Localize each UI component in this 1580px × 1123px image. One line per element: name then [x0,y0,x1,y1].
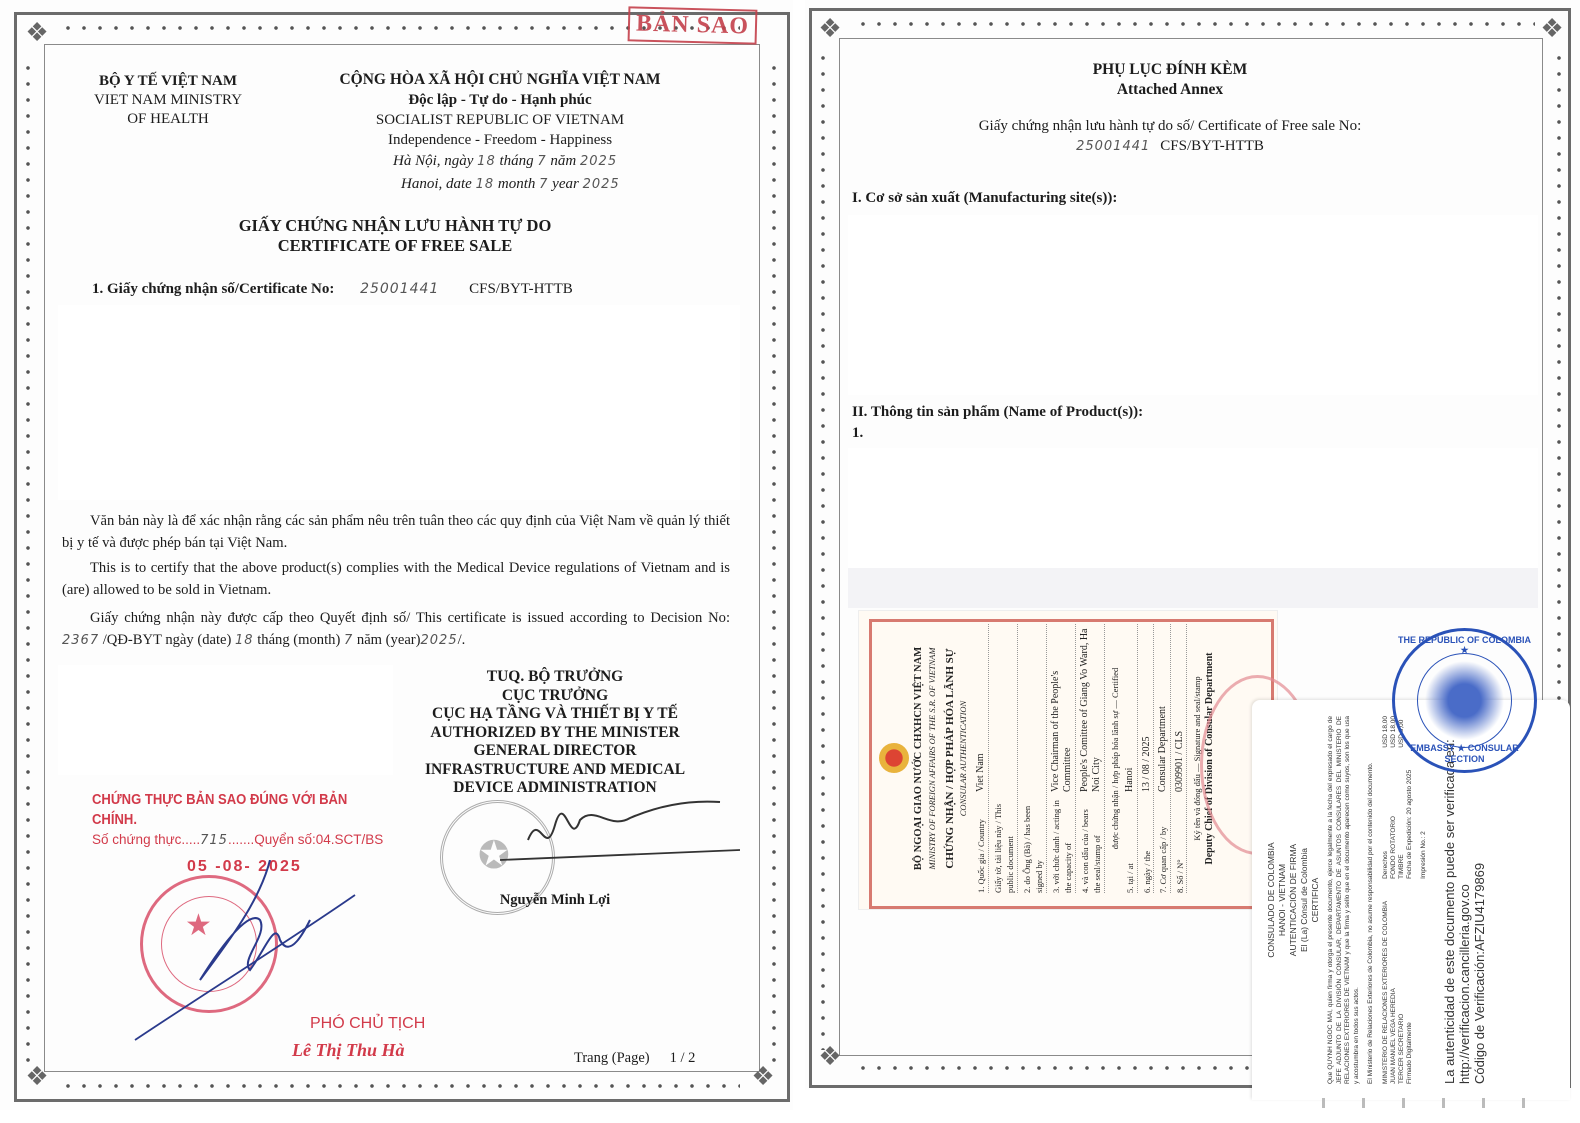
consular-row: 2. do Ông (Bà) / has been signed by [1021,624,1047,893]
corner-ornament-icon: ❖ [20,1060,54,1094]
date-year-label: năm [550,153,576,169]
annex-cert-suffix: CFS/BYT-HTTB [1160,138,1264,154]
director-signature [500,800,740,870]
border-dots-left [821,50,825,1050]
fee-labels: Derechos FONDO ROTATORIO TIMBRE Fecha de… [1382,770,1428,879]
title-vn: GIẤY CHỨNG NHẬN LƯU HÀNH TỰ DO [60,216,730,236]
fee-label: Derechos [1382,770,1390,879]
annex-cert-number: 25001441 [1076,139,1150,154]
annex-title-en: Attached Annex [845,80,1495,100]
ministry-name-en-1: VIET NAM MINISTRY [78,91,258,110]
colombia-embassy-seal: THE REPUBLIC OF COLOMBIA ★ EMBASSY ★ CON… [1392,628,1537,773]
date-value: 13 / 08 / 2025 [1141,624,1154,792]
header-line: HANOI - VIETNAM [1277,716,1288,1084]
date-day: 18 [476,177,495,192]
border-dots-bottom [855,1066,1275,1070]
consular-ministry-vn: BỘ NGOẠI GIAO NƯỚC CHXHCN VIỆT NAM [913,624,926,893]
border-dots-left [26,60,30,1070]
corner-ornament-icon: ❖ [813,12,847,46]
redacted-region [58,665,393,775]
copy-certification-title: CHỨNG THỰC BẢN SAO ĐÚNG VỚI BẢN CHÍNH. [92,790,362,830]
signer-line: JUAN MANUEL VEGA HEREDIA [1390,901,1398,1084]
date-prefix: Hanoi, date [401,176,472,192]
corner-ornament-icon: ❖ [813,1040,847,1074]
issue-date-vn: Hà Nội, ngày 18 tháng 7 năm 2025 [393,150,700,173]
cert-no: 715 [200,833,228,848]
row-value: People's Comittee of Giang Vo Ward, Ha N… [1079,624,1104,792]
consular-title-en: CONSULAR AUTHENTICATION [957,624,970,893]
impresion-no: Impresión No.: 2 [1420,770,1428,879]
colombia-details: MINISTERIO DE RELACIONES EXTERIORES DE C… [1382,716,1428,1084]
by-value: Consular Department [1157,624,1170,792]
consular-row: 4. và con dấu của / bears the seal/stamp… [1079,624,1105,893]
decision-mid: /QĐ-BYT ngày (date) [103,632,232,648]
consular-row: 7. Cơ quan cấp / byConsular Department [1157,624,1171,893]
header-line: CONSULADO DE COLOMBIA [1266,716,1277,1084]
consular-row: 6. ngày / the13 / 08 / 2025 [1141,624,1155,893]
ministry-name-en-2: OF HEALTH [78,110,258,129]
annex-certificate-ref: Giấy chứng nhận lưu hành tự do số/ Certi… [845,116,1495,157]
consular-row: Giấy tờ, tài liệu này / This public docu… [992,624,1018,893]
ministry-header: BỘ Y TẾ VIỆT NAM VIET NAM MINISTRY OF HE… [78,72,258,129]
product-info-heading: II. Thông tin sản phẩm (Name of Product(… [852,402,1143,444]
consular-row: 8. Số / N°0309901 / CLS [1174,624,1188,893]
consular-row: 5. tại / atHanoi [1124,624,1138,893]
republic-name-en: SOCIALIST REPUBLIC OF VIETNAM [300,110,700,130]
colombia-emblem-icon [1417,653,1512,748]
republic-name-vn: CỘNG HÒA XÃ HỘI CHỦ NGHĨA VIỆT NAM [300,70,700,90]
seal-text-bottom: EMBASSY ★ CONSULAR SECTION [1395,743,1534,764]
certificate-suffix: CFS/BYT-HTTB [469,281,573,297]
decision-year: 2025 [421,633,458,648]
date-month-label: month [498,176,536,192]
vietnam-emblem-icon [879,744,909,774]
copy-stamp-ban-sao: BẢN SAO [628,6,758,44]
border-dots-right [772,60,776,1070]
row-key: 1. Quốc gia / Country [975,798,988,893]
decision-month: 7 [344,633,353,648]
official-name: Lê Thị Thu Hà [292,1040,405,1061]
book-label: Quyển số: [254,832,316,847]
border-dots-top [855,22,1535,26]
decision-number: 2367 [62,633,99,648]
ministry-name-vn: BỘ Y TẾ VIỆT NAM [78,72,258,91]
border-dots-bottom [60,1084,740,1088]
barcode-strip [1322,1098,1542,1108]
book-no: 04.SCT/BS [316,832,384,847]
page-number: Trang (Page)1 / 2 [574,1050,695,1067]
decision-day: 18 [235,633,254,648]
corner-ornament-icon: ❖ [746,1060,780,1094]
fee-label: TIMBRE [1398,770,1406,879]
republic-header: CỘNG HÒA XÃ HỘI CHỦ NGHĨA VIỆT NAM Độc l… [300,70,700,196]
row-key: Giấy tờ, tài liệu này / This public docu… [992,798,1017,893]
statement-en: This is to certify that the above produc… [62,557,730,601]
manufacturing-site-heading: I. Cơ sở sản xuất (Manufacturing site(s)… [852,190,1117,207]
cert-no-label: Số chứng thực [92,832,181,847]
place-label: 5. tại / at [1124,798,1137,893]
signer-block: TUQ. BỘ TRƯỞNG CỤC TRƯỞNG CỤC HẠ TẦNG VÀ… [410,668,700,798]
issue-date-en: Hanoi, date 18 month 7 year 2025 [401,173,700,196]
colombia-signer: MINISTERIO DE RELACIONES EXTERIORES DE C… [1382,901,1428,1084]
row-value: Vice Chairman of the People's Committee [1050,624,1075,792]
motto-en: Independence - Freedom - Happiness [300,130,700,150]
date-year: 2025 [580,154,617,169]
by-label: 7. Cơ quan cấp / by [1157,798,1170,893]
statement-vn: Văn bản này là để xác nhận rằng các sản … [62,510,730,554]
consular-title-vn: CHỨNG NHẬN / HỢP PHÁP HÓA LÃNH SỰ [944,624,957,893]
decision-month-label: tháng (month) [257,632,340,648]
no-label: 8. Số / N° [1174,798,1187,893]
colombia-header: CONSULADO DE COLOMBIA HANOI - VIETNAM AU… [1266,716,1321,1084]
page-value: 1 / 2 [670,1050,696,1066]
signer-line: Firmado Digitalmente [1406,901,1414,1084]
row-key: 2. do Ông (Bà) / has been signed by [1021,798,1046,893]
redacted-region [58,305,740,500]
director-name: Nguyễn Minh Lợi [440,892,670,909]
no-value: 0309901 / CLS [1174,624,1187,792]
motto-vn: Độc lập - Tự do - Hạnh phúc [300,90,700,110]
decision-line: Giấy chứng nhận này được cấp theo Quyết … [62,607,730,652]
consular-row: 3. với chức danh / acting in the capacit… [1050,624,1076,893]
certificate-number-line: 1. Giấy chứng nhận số/Certificate No: 25… [92,281,573,298]
row-value [1021,624,1046,792]
date-month: 7 [537,154,546,169]
colombia-disclaimer: El Ministerio de Relaciones Exteriores d… [1367,716,1376,1084]
product-heading-text: II. Thông tin sản phẩm (Name of Product(… [852,402,1143,423]
signer-line: GENERAL DIRECTOR [410,742,700,761]
decision-end: /. [458,632,466,648]
bleed-through-area [848,568,1538,608]
colombia-certify-text: Que QUYNH NGOC MAI, quien firma y otorga… [1327,716,1361,1084]
corner-ornament-icon: ❖ [1535,12,1569,46]
date-prefix: Hà Nội, ngày [393,153,473,169]
signer-line: CỤC HẠ TẦNG VÀ THIẾT BỊ Y TẾ [410,705,700,724]
header-line: CERTIFICA [1310,716,1321,1084]
row-key: 4. và con dấu của / bears the seal/stamp… [1079,798,1104,893]
corner-ornament-icon: ❖ [20,16,54,50]
header-line: El (La) Cónsul de Colombia [1299,716,1310,1084]
date-label: 6. ngày / the [1141,798,1154,893]
copy-certification-numbers: Số chứng thực.....715.......Quyển số:04.… [92,830,392,851]
annex-cert-label: Giấy chứng nhận lưu hành tự do số/ Certi… [845,116,1495,136]
annex-title-vn: PHỤ LỤC ĐÍNH KÈM [845,60,1495,80]
date-day: 18 [477,154,496,169]
signer-line: AUTHORIZED BY THE MINISTER [410,724,700,743]
date-month-label: tháng [499,153,533,169]
signer-line: DEVICE ADMINISTRATION [410,779,700,798]
fee-label: FONDO ROTATORIO [1390,770,1398,879]
certificate-body: Văn bản này là để xác nhận rằng các sản … [62,510,730,655]
product-item-number: 1. [852,423,1143,444]
date-month: 7 [539,177,548,192]
signer-line: TERCER SECRETARIO [1398,901,1406,1084]
border-dots-right [1557,50,1561,700]
title-en: CERTIFICATE OF FREE SALE [60,236,730,256]
certificate-title: GIẤY CHỨNG NHẬN LƯU HÀNH TỰ DO CERTIFICA… [60,216,730,256]
redacted-region [848,448,1538,568]
certificate-number-label: 1. Giấy chứng nhận số/Certificate No: [92,281,334,297]
header-line: AUTENTICACIÓN DE FIRMA [1288,716,1299,1084]
date-year-label: year [552,176,579,192]
row-key: 3. với chức danh / acting in the capacit… [1050,798,1075,893]
signer-line: TUQ. BỘ TRƯỞNG [410,668,700,687]
consular-row: 1. Quốc gia / CountryViet Nam [975,624,989,893]
signer-line: INFRASTRUCTURE AND MEDICAL [410,761,700,780]
row-value: Viet Nam [975,624,988,792]
certificate-number: 25001441 [360,281,439,297]
fee-label: Fecha de Expedición: 20 agosto 2025 [1406,770,1414,879]
redacted-region [848,215,1538,395]
date-year: 2025 [583,177,620,192]
decision-prefix: Giấy chứng nhận này được cấp theo Quyết … [90,610,730,626]
place-value: Hanoi [1124,624,1137,792]
annex-title: PHỤ LỤC ĐÍNH KÈM Attached Annex [845,60,1495,100]
official-title: PHÓ CHỦ TỊCH [310,1015,425,1033]
signer-line: CỤC TRƯỞNG [410,687,700,706]
decision-year-label: năm (year) [357,632,421,648]
row-value [992,624,1017,792]
page-label: Trang (Page) [574,1050,650,1066]
consular-ministry-en: MINISTRY OF FOREIGN AFFAIRS OF THE S.R. … [926,624,939,893]
signer-line: MINISTERIO DE RELACIONES EXTERIORES DE C… [1382,901,1390,1084]
certified-label: được chứng nhận / hợp pháp hóa lãnh sự —… [1109,624,1122,893]
fee-value: USD 18,00 [1382,716,1390,748]
